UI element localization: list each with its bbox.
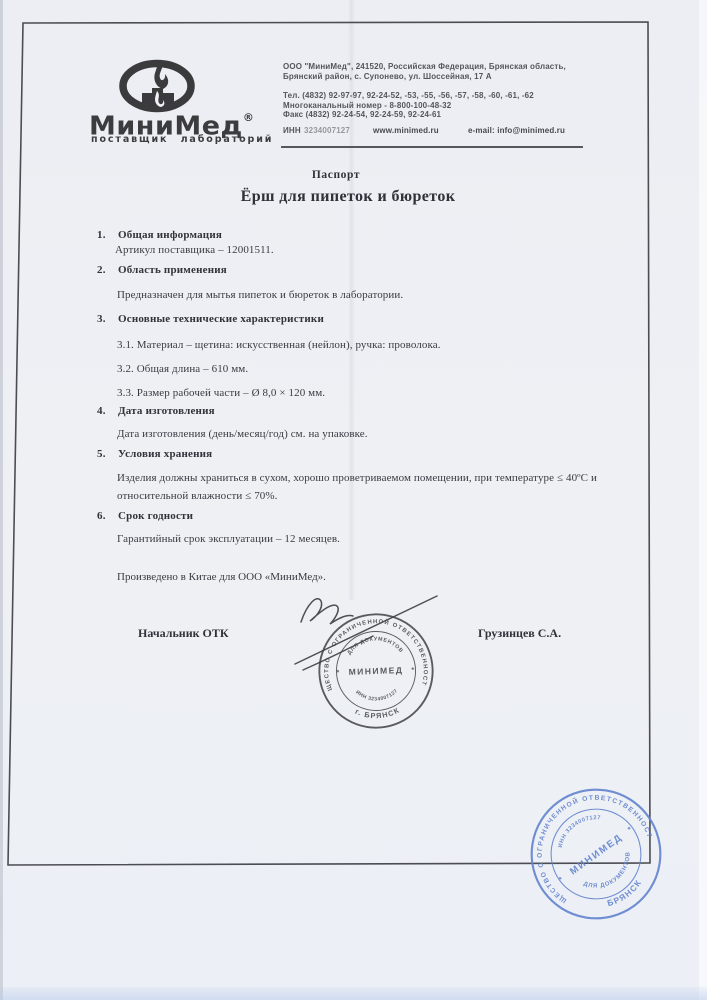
section-heading-1: 1.Общая информация	[97, 229, 222, 241]
section-body-line: относительной влажности ≤ 70%.	[117, 490, 278, 502]
section-heading-text: Условия хранения	[118, 448, 212, 460]
section-heading-2: 2.Область применения	[97, 264, 227, 276]
stamp-dot: *	[557, 875, 566, 885]
address-line: Брянский район, с. Супонево, ул. Шоссейн…	[283, 72, 583, 82]
page-title: Ёрш для пипеток и бюреток	[35, 188, 661, 206]
section-heading-text: Срок годности	[118, 510, 193, 522]
section-heading-3: 3.Основные технические характеристики	[97, 313, 324, 325]
phone-line: Тел. (4832) 92-97-97, 92-24-52, -53, -55…	[283, 91, 583, 101]
company-contacts: Тел. (4832) 92-97-97, 92-24-52, -53, -55…	[283, 91, 583, 120]
section-number: 1.	[97, 229, 118, 241]
section-number: 3.	[97, 313, 118, 325]
section-number: 2.	[97, 264, 118, 276]
logo-tagline: поставщик лабораторий	[91, 134, 273, 145]
email-text: e-mail: info@minimed.ru	[468, 126, 565, 136]
section-number: 5.	[97, 448, 118, 460]
section-number: 4.	[97, 405, 118, 417]
inn-value: 3234007127	[304, 126, 350, 136]
stamp-inn-text: ИНН 3234007127	[354, 688, 399, 703]
section-body-line: Предназначен для мытья пипеток и бюреток…	[117, 289, 403, 301]
inn-label: ИНН	[283, 126, 301, 136]
section-body-line: Гарантийный срок эксплуатации – 12 месяц…	[117, 533, 340, 545]
section-body-line: 3.1. Материал – щетина: искусственная (н…	[117, 339, 441, 351]
signer-position: Начальник ОТК	[138, 626, 229, 641]
section-body-line: Артикул поставщика – 12001511.	[115, 244, 274, 256]
section-heading-5: 5.Условия хранения	[97, 448, 212, 460]
stamp-brand-text: МИНИМЕД	[568, 832, 625, 877]
section-heading-4: 4.Дата изготовления	[97, 405, 215, 417]
section-heading-text: Дата изготовления	[118, 405, 215, 417]
fax-line: Факс (4832) 92-24-54, 92-24-59, 92-24-61	[283, 110, 583, 120]
header-divider	[281, 146, 583, 148]
section-body-line: 3.3. Размер рабочей части – Ø 8,0 × 120 …	[117, 387, 325, 399]
section-heading-text: Область применения	[118, 264, 227, 276]
handwritten-signature	[275, 580, 455, 685]
company-address: ООО "МиниМед", 241520, Российская Федера…	[283, 62, 583, 81]
section-heading-text: Общая информация	[118, 229, 222, 241]
scanned-passport-page: МиниМед® поставщик лабораторий ООО "Мини…	[0, 0, 707, 1000]
registered-trademark-icon: ®	[243, 111, 254, 124]
section-body-line: Изделия должны храниться в сухом, хорошо…	[117, 472, 597, 484]
section-heading-text: Основные технические характеристики	[118, 313, 324, 325]
signer-name: Грузинцев С.А.	[478, 626, 561, 641]
website-text: www.minimed.ru	[373, 126, 439, 136]
address-line: ООО "МиниМед", 241520, Российская Федера…	[283, 62, 583, 72]
svg-text:ИНН 3234007127: ИНН 3234007127	[354, 688, 399, 703]
section-body-line: 3.2. Общая длина – 610 мм.	[117, 363, 248, 375]
section-number: 6.	[97, 510, 118, 522]
hotline-line: Многоканальный номер - 8-800-100-48-32	[283, 101, 583, 111]
section-body-line: Дата изготовления (день/месяц/год) см. н…	[117, 428, 368, 440]
section-heading-6: 6.Срок годности	[97, 510, 193, 522]
document-kind: Паспорт	[23, 169, 649, 181]
